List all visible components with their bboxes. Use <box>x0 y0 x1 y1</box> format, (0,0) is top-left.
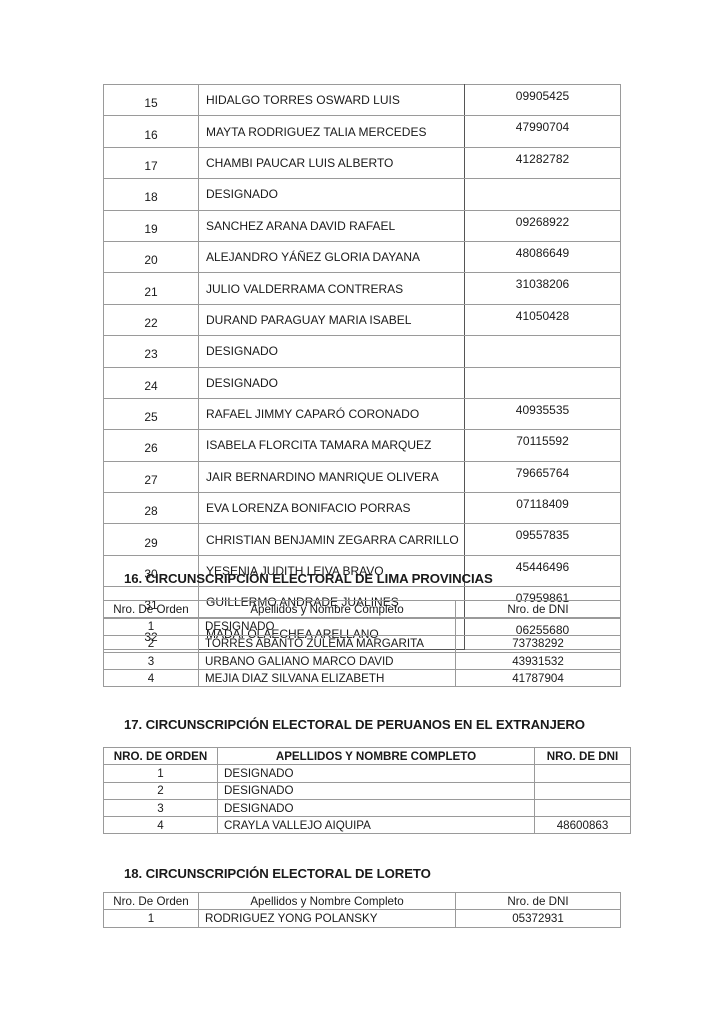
cell-order: 25 <box>104 398 199 429</box>
table-row: 24DESIGNADO <box>104 367 621 398</box>
header-dni: Nro. de DNI <box>456 601 621 618</box>
cell-order: 15 <box>104 85 199 116</box>
table-row: 15HIDALGO TORRES OSWARD LUIS09905425 <box>104 85 621 116</box>
table-row: 20ALEJANDRO YÁÑEZ GLORIA DAYANA48086649 <box>104 241 621 272</box>
table-header-row: Nro. De Orden Apellidos y Nombre Complet… <box>104 893 621 910</box>
cell-order: 1 <box>104 910 199 927</box>
table-row: 21JULIO VALDERRAMA CONTRERAS31038206 <box>104 273 621 304</box>
table-row: 2TORRES ABANTO ZULEMA MARGARITA73738292 <box>104 635 621 652</box>
cell-order: 27 <box>104 461 199 492</box>
cell-name: DURAND PARAGUAY MARIA ISABEL <box>199 304 465 335</box>
cell-name: DESIGNADO <box>218 782 535 799</box>
cell-dni: 79665764 <box>465 461 621 492</box>
cell-dni <box>535 799 631 816</box>
cell-name: ISABELA FLORCITA TAMARA MARQUEZ <box>199 430 465 461</box>
cell-dni: 41050428 <box>465 304 621 335</box>
cell-name: TORRES ABANTO ZULEMA MARGARITA <box>199 635 456 652</box>
table-header-row: NRO. DE ORDEN APELLIDOS Y NOMBRE COMPLET… <box>104 748 631 765</box>
table-row: 17CHAMBI PAUCAR LUIS ALBERTO41282782 <box>104 147 621 178</box>
table-row: 22DURAND PARAGUAY MARIA ISABEL41050428 <box>104 304 621 335</box>
cell-name: HIDALGO TORRES OSWARD LUIS <box>199 85 465 116</box>
cell-dni: 09557835 <box>465 524 621 555</box>
table-row: 25RAFAEL JIMMY CAPARÓ CORONADO40935535 <box>104 398 621 429</box>
section-heading-lima-provincias: 16. CIRCUNSCRIPCIÓN ELECTORAL DE LIMA PR… <box>124 571 493 586</box>
cell-order: 3 <box>104 652 199 669</box>
cell-name: DESIGNADO <box>199 367 465 398</box>
cell-dni: 05372931 <box>456 910 621 927</box>
cell-name: JAIR BERNARDINO MANRIQUE OLIVERA <box>199 461 465 492</box>
cell-order: 1 <box>104 618 199 635</box>
cell-dni: 73738292 <box>456 635 621 652</box>
cell-name: MAYTA RODRIGUEZ TALIA MERCEDES <box>199 116 465 147</box>
cell-dni: 41282782 <box>465 147 621 178</box>
table-row: 27JAIR BERNARDINO MANRIQUE OLIVERA796657… <box>104 461 621 492</box>
header-order: NRO. DE ORDEN <box>104 748 218 765</box>
cell-order: 29 <box>104 524 199 555</box>
cell-order: 4 <box>104 670 199 687</box>
cell-name: EVA LORENZA BONIFACIO PORRAS <box>199 493 465 524</box>
cell-order: 20 <box>104 241 199 272</box>
cell-order: 16 <box>104 116 199 147</box>
cell-dni: 48086649 <box>465 241 621 272</box>
candidates-table-continuation: 15HIDALGO TORRES OSWARD LUIS0990542516MA… <box>103 84 621 650</box>
cell-name: DESIGNADO <box>218 765 535 782</box>
cell-dni: 40935535 <box>465 398 621 429</box>
cell-name: URBANO GALIANO MARCO DAVID <box>199 652 456 669</box>
section-heading-peruanos-extranjero: 17. CIRCUNSCRIPCIÓN ELECTORAL DE PERUANO… <box>124 717 585 732</box>
table-row: 26ISABELA FLORCITA TAMARA MARQUEZ7011559… <box>104 430 621 461</box>
cell-order: 1 <box>104 765 218 782</box>
cell-order: 2 <box>104 635 199 652</box>
table-row: 1RODRIGUEZ YONG POLANSKY05372931 <box>104 910 621 927</box>
cell-order: 22 <box>104 304 199 335</box>
cell-order: 23 <box>104 336 199 367</box>
cell-dni: 07118409 <box>465 493 621 524</box>
cell-dni <box>465 367 621 398</box>
cell-dni <box>465 179 621 210</box>
cell-name: ALEJANDRO YÁÑEZ GLORIA DAYANA <box>199 241 465 272</box>
table-row: 19SANCHEZ ARANA DAVID RAFAEL09268922 <box>104 210 621 241</box>
cell-dni: 47990704 <box>465 116 621 147</box>
cell-dni: 41787904 <box>456 670 621 687</box>
cell-dni: 31038206 <box>465 273 621 304</box>
table-row: 4CRAYLA VALLEJO AIQUIPA48600863 <box>104 817 631 834</box>
cell-name: DESIGNADO <box>218 799 535 816</box>
cell-dni <box>465 336 621 367</box>
table-row: 28EVA LORENZA BONIFACIO PORRAS07118409 <box>104 493 621 524</box>
cell-name: DESIGNADO <box>199 336 465 367</box>
cell-order: 4 <box>104 817 218 834</box>
header-order: Nro. De Orden <box>104 601 199 618</box>
cell-order: 26 <box>104 430 199 461</box>
cell-order: 17 <box>104 147 199 178</box>
cell-order: 24 <box>104 367 199 398</box>
cell-name: SANCHEZ ARANA DAVID RAFAEL <box>199 210 465 241</box>
cell-name: MEJIA DIAZ SILVANA ELIZABETH <box>199 670 456 687</box>
table-row: 29CHRISTIAN BENJAMIN ZEGARRA CARRILLO095… <box>104 524 621 555</box>
cell-name: CHAMBI PAUCAR LUIS ALBERTO <box>199 147 465 178</box>
section-heading-loreto: 18. CIRCUNSCRIPCIÓN ELECTORAL DE LORETO <box>124 866 431 881</box>
candidates-table-peruanos-extranjero: NRO. DE ORDEN APELLIDOS Y NOMBRE COMPLET… <box>103 747 631 834</box>
header-name: APELLIDOS Y NOMBRE COMPLETO <box>218 748 535 765</box>
candidates-table-lima-provincias: Nro. De Orden Apellidos y Nombre Complet… <box>103 600 621 687</box>
cell-dni: 09905425 <box>465 85 621 116</box>
cell-dni: 70115592 <box>465 430 621 461</box>
cell-name: DESIGNADO <box>199 618 456 635</box>
cell-dni <box>535 765 631 782</box>
table-row: 3URBANO GALIANO MARCO DAVID43931532 <box>104 652 621 669</box>
cell-order: 21 <box>104 273 199 304</box>
table-row: 16MAYTA RODRIGUEZ TALIA MERCEDES47990704 <box>104 116 621 147</box>
table-row: 1DESIGNADO <box>104 765 631 782</box>
cell-order: 28 <box>104 493 199 524</box>
candidates-table-loreto: Nro. De Orden Apellidos y Nombre Complet… <box>103 892 621 928</box>
cell-order: 3 <box>104 799 218 816</box>
header-dni: NRO. DE DNI <box>535 748 631 765</box>
cell-order: 18 <box>104 179 199 210</box>
cell-dni: 48600863 <box>535 817 631 834</box>
header-order: Nro. De Orden <box>104 893 199 910</box>
table-row: 3DESIGNADO <box>104 799 631 816</box>
cell-name: DESIGNADO <box>199 179 465 210</box>
cell-dni: 09268922 <box>465 210 621 241</box>
table-row: 2DESIGNADO <box>104 782 631 799</box>
table-header-row: Nro. De Orden Apellidos y Nombre Complet… <box>104 601 621 618</box>
table-row: 1DESIGNADO <box>104 618 621 635</box>
cell-dni: 43931532 <box>456 652 621 669</box>
cell-order: 19 <box>104 210 199 241</box>
table-row: 4MEJIA DIAZ SILVANA ELIZABETH41787904 <box>104 670 621 687</box>
cell-order: 2 <box>104 782 218 799</box>
header-name: Apellidos y Nombre Completo <box>199 893 456 910</box>
table-row: 23DESIGNADO <box>104 336 621 367</box>
cell-name: RODRIGUEZ YONG POLANSKY <box>199 910 456 927</box>
cell-name: JULIO VALDERRAMA CONTRERAS <box>199 273 465 304</box>
cell-name: CRAYLA VALLEJO AIQUIPA <box>218 817 535 834</box>
cell-dni <box>456 618 621 635</box>
cell-name: RAFAEL JIMMY CAPARÓ CORONADO <box>199 398 465 429</box>
header-name: Apellidos y Nombre Completo <box>199 601 456 618</box>
table-row: 18DESIGNADO <box>104 179 621 210</box>
cell-dni <box>535 782 631 799</box>
header-dni: Nro. de DNI <box>456 893 621 910</box>
cell-name: CHRISTIAN BENJAMIN ZEGARRA CARRILLO <box>199 524 465 555</box>
